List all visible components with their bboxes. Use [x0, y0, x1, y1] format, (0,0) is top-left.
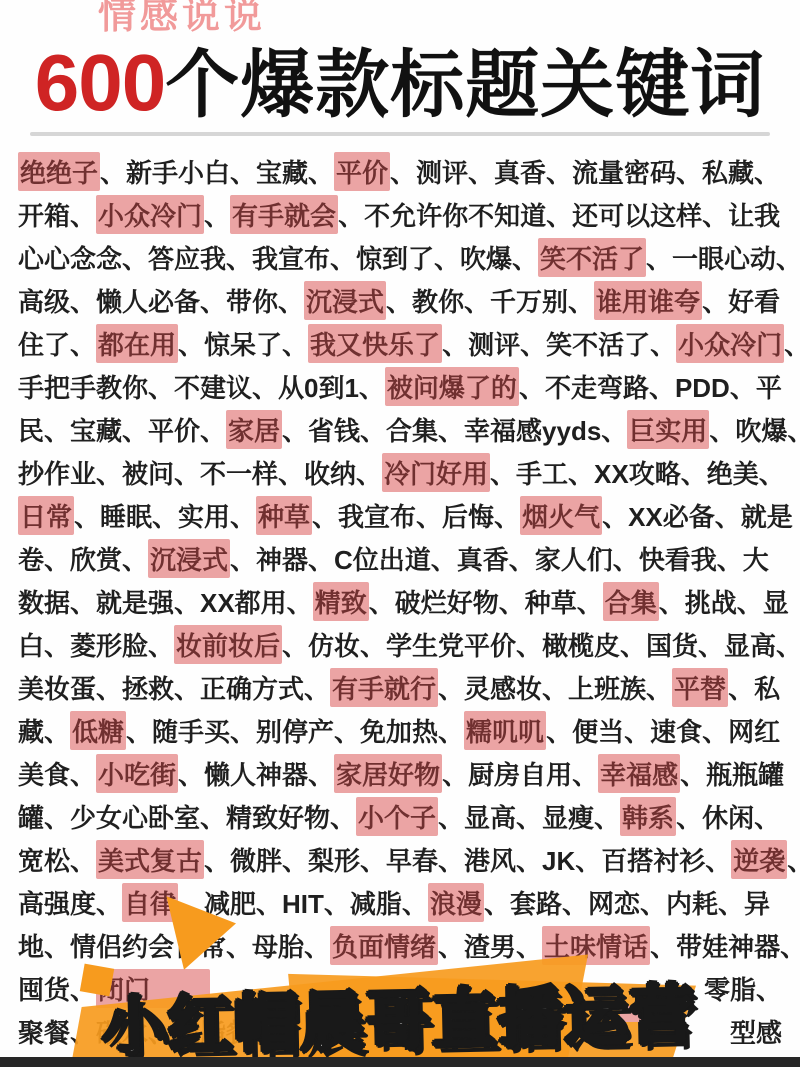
- keyword-highlighted: 精致: [313, 582, 369, 621]
- keyword-highlighted: 日常: [18, 496, 74, 535]
- keyword-line: 白、菱形脸、妆前妆后、仿妆、学生党平价、橄榄皮、国货、显高、: [18, 623, 782, 666]
- keyword-text: 、微胖、梨形、早春、港风、JK、百搭衬衫、: [204, 841, 731, 878]
- keyword-line: 宽松、美式复古、微胖、梨形、早春、港风、JK、百搭衬衫、逆袭、: [18, 838, 782, 881]
- keyword-text: 开箱、: [18, 196, 96, 233]
- keyword-text: 、XX必备、就是: [602, 497, 793, 534]
- keyword-text: 罐、少女心卧室、精致好物、: [18, 798, 356, 835]
- keyword-highlighted: 绝绝子: [18, 152, 100, 191]
- keyword-text: 数据、就是强、XX都用、: [18, 583, 313, 620]
- keyword-text: 、挑战、显: [659, 583, 789, 620]
- keyword-text: 、破烂好物、种草、: [369, 583, 603, 620]
- keyword-text: 、睡眠、实用、: [74, 497, 256, 534]
- keyword-text: 、套路、网恋、内耗、异: [484, 884, 770, 921]
- keyword-text: 心心念念、答应我、我宣布、惊到了、吹爆、: [18, 239, 538, 276]
- keyword-text: 、仿妆、学生党平价、橄榄皮、国货、显高、: [282, 626, 800, 663]
- keyword-highlighted: 幸福感: [598, 754, 680, 793]
- keyword-highlighted: 种草: [256, 496, 312, 535]
- keyword-line: 住了、都在用、惊呆了、我又快乐了、测评、笑不活了、小众冷门、: [18, 322, 782, 365]
- keyword-text: 、随手买、别停产、免加热、: [126, 712, 464, 749]
- keyword-text: 、灵感妆、上班族、: [438, 669, 672, 706]
- keyword-text: 、测评、真香、流量密码、私藏、: [390, 153, 780, 190]
- keyword-highlighted: 有手就会: [230, 195, 338, 234]
- keyword-line: 手把手教你、不建议、从0到1、被问爆了的、不走弯路、PDD、平: [18, 365, 782, 408]
- keyword-highlighted: 韩系: [620, 797, 676, 836]
- keyword-line: 藏、低糖、随手买、别停产、免加热、糯叽叽、便当、速食、网红: [18, 709, 782, 752]
- keyword-text: 白、菱形脸、: [18, 626, 174, 663]
- keyword-text: 民、宝藏、平价、: [18, 411, 226, 448]
- keyword-text: 美妆蛋、拯救、正确方式、: [18, 669, 330, 706]
- keyword-highlighted: 低糖: [70, 711, 126, 750]
- keyword-line: 日常、睡眠、实用、种草、我宣布、后悔、烟火气、XX必备、就是: [18, 494, 782, 537]
- keyword-text: 、瓶瓶罐: [680, 755, 784, 792]
- keyword-text: 、休闲、: [676, 798, 780, 835]
- keyword-text: 、测评、笑不活了、: [442, 325, 676, 362]
- keyword-highlighted: 逆袭: [731, 840, 787, 879]
- keyword-text: 、一眼心动、: [646, 239, 800, 276]
- keyword-highlighted: 妆前妆后: [174, 625, 282, 664]
- keyword-highlighted: 我又快乐了: [308, 324, 442, 363]
- divider-line: [30, 132, 770, 136]
- keyword-highlighted: 家居: [226, 410, 282, 449]
- keyword-text: 、: [784, 325, 800, 362]
- keyword-text: 、新手小白、宝藏、: [100, 153, 334, 190]
- keyword-text: 、惊呆了、: [178, 325, 308, 362]
- keyword-highlighted: 巨实用: [627, 410, 709, 449]
- keyword-text: 、带娃神器、: [650, 927, 800, 964]
- keyword-line: 开箱、小众冷门、有手就会、不允许你不知道、还可以这样、让我: [18, 193, 782, 236]
- keyword-highlighted: 沉浸式: [304, 281, 386, 320]
- keyword-highlighted: 美式复古: [96, 840, 204, 879]
- keyword-text: 、我宣布、后悔、: [312, 497, 520, 534]
- keyword-text: 手把手教你、不建议、从0到1、: [18, 368, 385, 405]
- keyword-text: 、不走弯路、PDD、平: [519, 368, 782, 405]
- keyword-text: 卷、欣赏、: [18, 540, 148, 577]
- keyword-highlighted: 浪漫: [428, 883, 484, 922]
- keyword-text: 抄作业、被问、不一样、收纳、: [18, 454, 382, 491]
- keyword-highlighted: 小吃街: [96, 754, 178, 793]
- keyword-text: 高强度、: [18, 884, 122, 921]
- keyword-highlighted: 小个子: [356, 797, 438, 836]
- keyword-line: 民、宝藏、平价、家居、省钱、合集、幸福感yyds、巨实用、吹爆、: [18, 408, 782, 451]
- keyword-highlighted: 家居好物: [334, 754, 442, 793]
- keyword-line: 数据、就是强、XX都用、精致、破烂好物、种草、合集、挑战、显: [18, 580, 782, 623]
- keyword-text: 高级、懒人必备、带你、: [18, 282, 304, 319]
- keyword-text: 、省钱、合集、幸福感yyds、: [282, 411, 627, 448]
- keyword-text: 、渣男、: [438, 927, 542, 964]
- keyword-highlighted: 谁用谁夸: [594, 281, 702, 320]
- bottom-bar: [0, 1057, 800, 1067]
- banner-title: 小红帽晨哥直播运营: [101, 964, 697, 1067]
- keyword-highlighted: 笑不活了: [538, 238, 646, 277]
- keyword-text: 、教你、千万别、: [386, 282, 594, 319]
- keyword-highlighted: 被问爆了的: [385, 367, 519, 406]
- keyword-text: 、神器、C位出道、真香、家人们、快看我、大: [230, 540, 769, 577]
- keyword-text: 美食、: [18, 755, 96, 792]
- keyword-highlighted: 糯叽叽: [464, 711, 546, 750]
- keyword-highlighted: 有手就行: [330, 668, 438, 707]
- keyword-text: 、懒人神器、: [178, 755, 334, 792]
- keyword-line: 高强度、自律、减肥、HIT、减脂、浪漫、套路、网恋、内耗、异: [18, 881, 782, 924]
- keyword-text: 住了、: [18, 325, 96, 362]
- keyword-highlighted: 合集: [603, 582, 659, 621]
- keyword-highlighted: 平替: [672, 668, 728, 707]
- keyword-line: 卷、欣赏、沉浸式、神器、C位出道、真香、家人们、快看我、大: [18, 537, 782, 580]
- keyword-line: 绝绝子、新手小白、宝藏、平价、测评、真香、流量密码、私藏、: [18, 150, 782, 193]
- keyword-line: 地、情侣约会日常、母胎、负面情绪、渣男、土味情话、带娃神器、: [18, 924, 782, 967]
- title-number: 600: [35, 38, 165, 127]
- keyword-line: 美妆蛋、拯救、正确方式、有手就行、灵感妆、上班族、平替、私: [18, 666, 782, 709]
- keyword-text: 、便当、速食、网红: [546, 712, 780, 749]
- keyword-text: 藏、: [18, 712, 70, 749]
- title-text: 个爆款标题关键词: [165, 43, 765, 126]
- keyword-line: 心心念念、答应我、我宣布、惊到了、吹爆、笑不活了、一眼心动、: [18, 236, 782, 279]
- keyword-highlighted: 平价: [334, 152, 390, 191]
- keyword-highlighted: 烟火气: [520, 496, 602, 535]
- keyword-list: 绝绝子、新手小白、宝藏、平价、测评、真香、流量密码、私藏、开箱、小众冷门、有手就…: [18, 150, 782, 1053]
- keyword-text: 、吹爆、: [709, 411, 800, 448]
- keyword-text: 地、情侣约会日常、母胎、: [18, 927, 330, 964]
- keyword-highlighted: 冷门好用: [382, 453, 490, 492]
- keyword-highlighted: 都在用: [96, 324, 178, 363]
- keyword-text: 、手工、XX攻略、绝美、: [490, 454, 785, 491]
- keyword-line: 高级、懒人必备、带你、沉浸式、教你、千万别、谁用谁夸、好看: [18, 279, 782, 322]
- keyword-text: 、: [204, 196, 230, 233]
- keyword-text: 、: [787, 841, 800, 878]
- keyword-text: 宽松、: [18, 841, 96, 878]
- keyword-line: 美食、小吃街、懒人神器、家居好物、厨房自用、幸福感、瓶瓶罐: [18, 752, 782, 795]
- keyword-text: 、显高、显瘦、: [438, 798, 620, 835]
- keyword-text: 、厨房自用、: [442, 755, 598, 792]
- keyword-text: 、不允许你不知道、还可以这样、让我: [338, 196, 780, 233]
- keyword-highlighted: 沉浸式: [148, 539, 230, 578]
- keyword-text: 、私: [728, 669, 780, 706]
- keyword-line: 罐、少女心卧室、精致好物、小个子、显高、显瘦、韩系、休闲、: [18, 795, 782, 838]
- keyword-text: 型感: [730, 1013, 782, 1050]
- poster-page: 情感说说 600个爆款标题关键词 绝绝子、新手小白、宝藏、平价、测评、真香、流量…: [0, 0, 800, 1067]
- keyword-highlighted: 小众冷门: [96, 195, 204, 234]
- keyword-line: 抄作业、被问、不一样、收纳、冷门好用、手工、XX攻略、绝美、: [18, 451, 782, 494]
- keyword-highlighted: 小众冷门: [676, 324, 784, 363]
- keyword-text: 、好看: [702, 282, 780, 319]
- page-title: 600个爆款标题关键词: [0, 26, 800, 132]
- keyword-highlighted: 负面情绪: [330, 926, 438, 965]
